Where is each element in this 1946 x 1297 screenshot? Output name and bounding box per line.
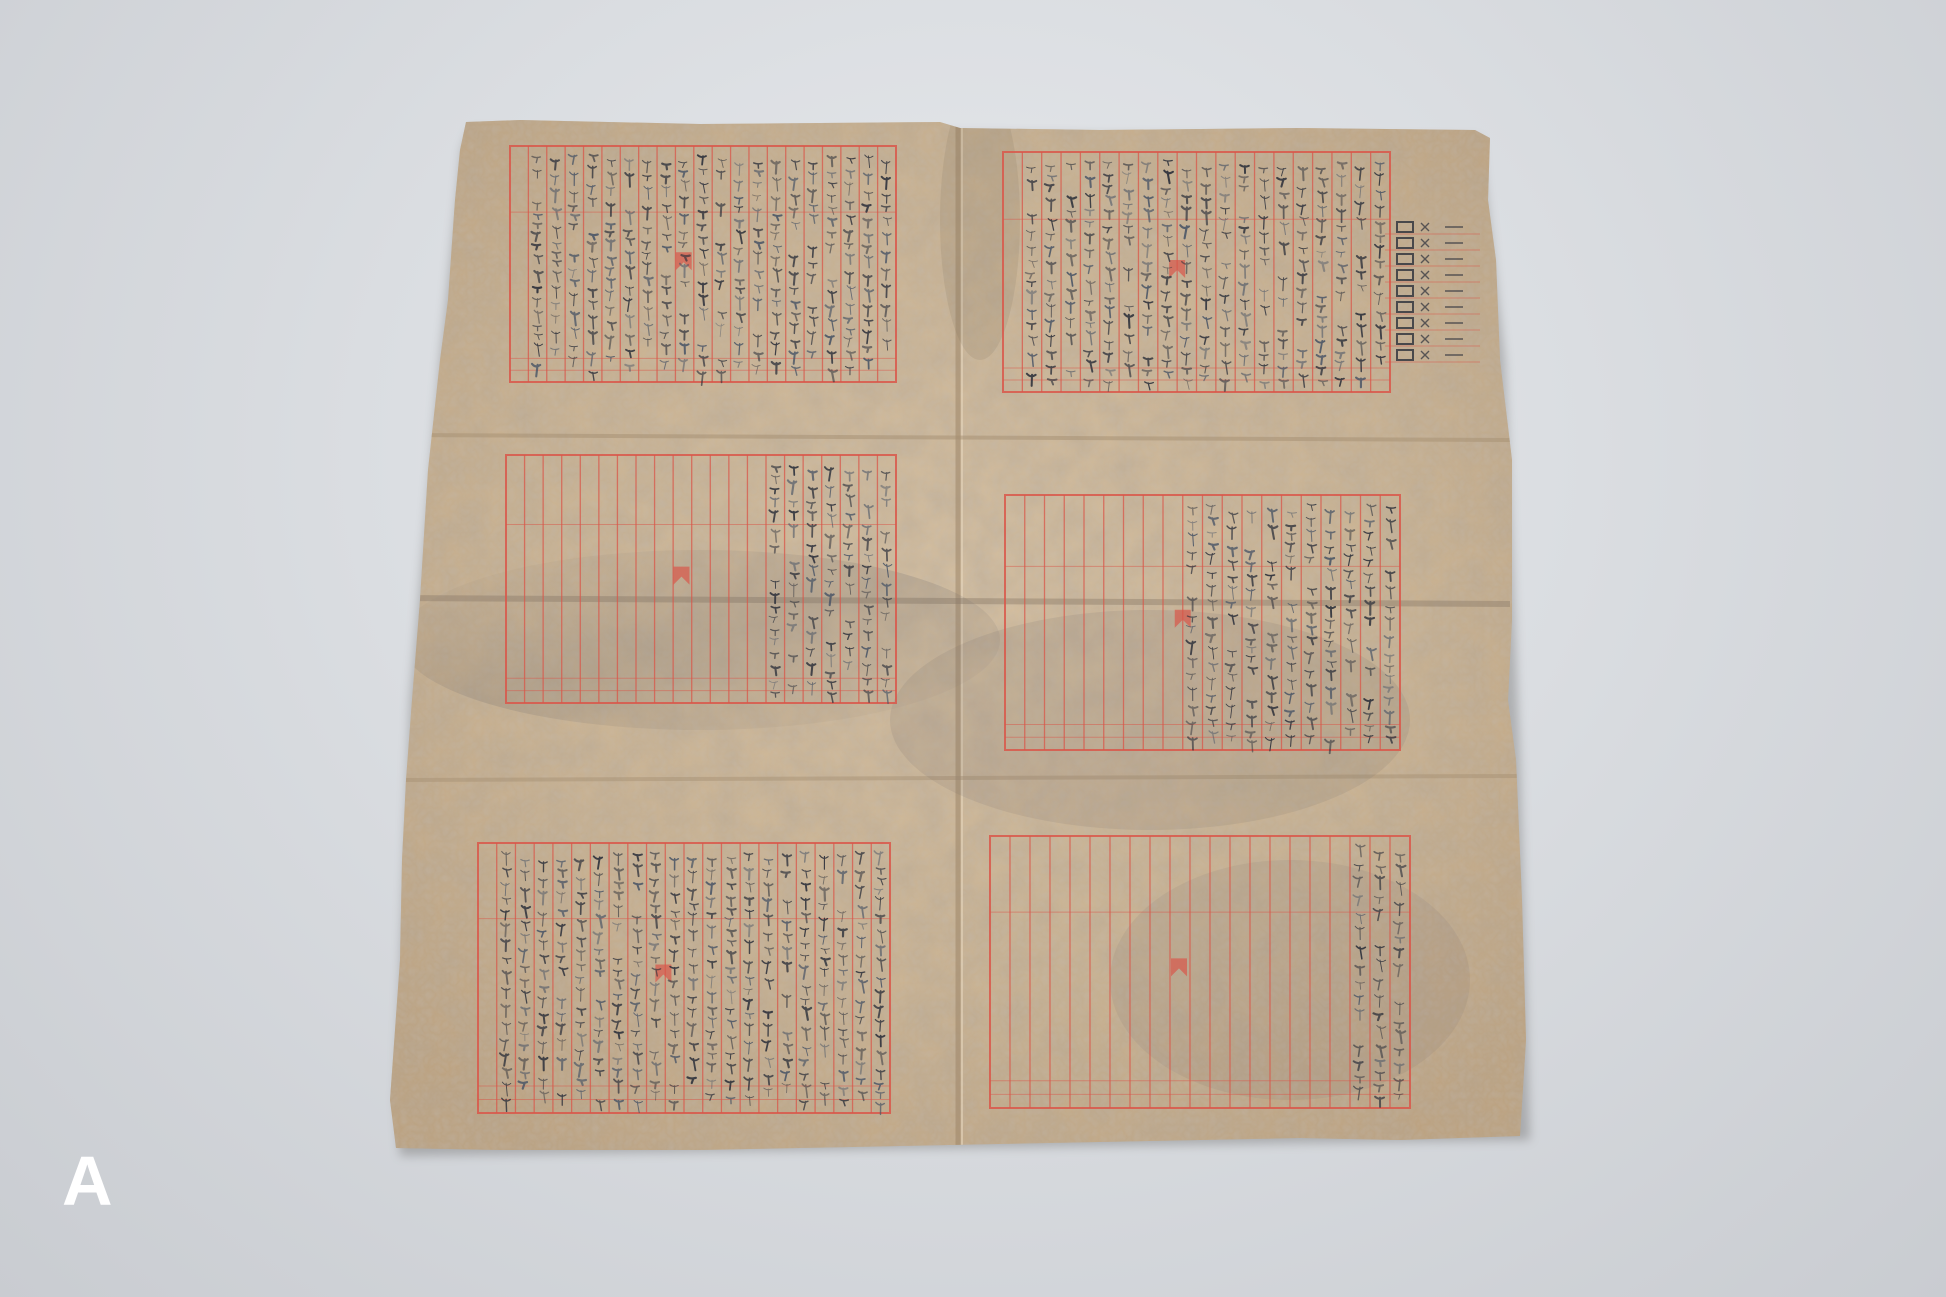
- panel-label: A: [62, 1146, 113, 1216]
- grid-panel-middle-right: [1005, 495, 1400, 753]
- document-photograph: [0, 0, 1946, 1297]
- paper-sheet: [380, 80, 1540, 1160]
- grid-panel-top-right: [1003, 152, 1390, 392]
- document-illustration: [0, 0, 1946, 1297]
